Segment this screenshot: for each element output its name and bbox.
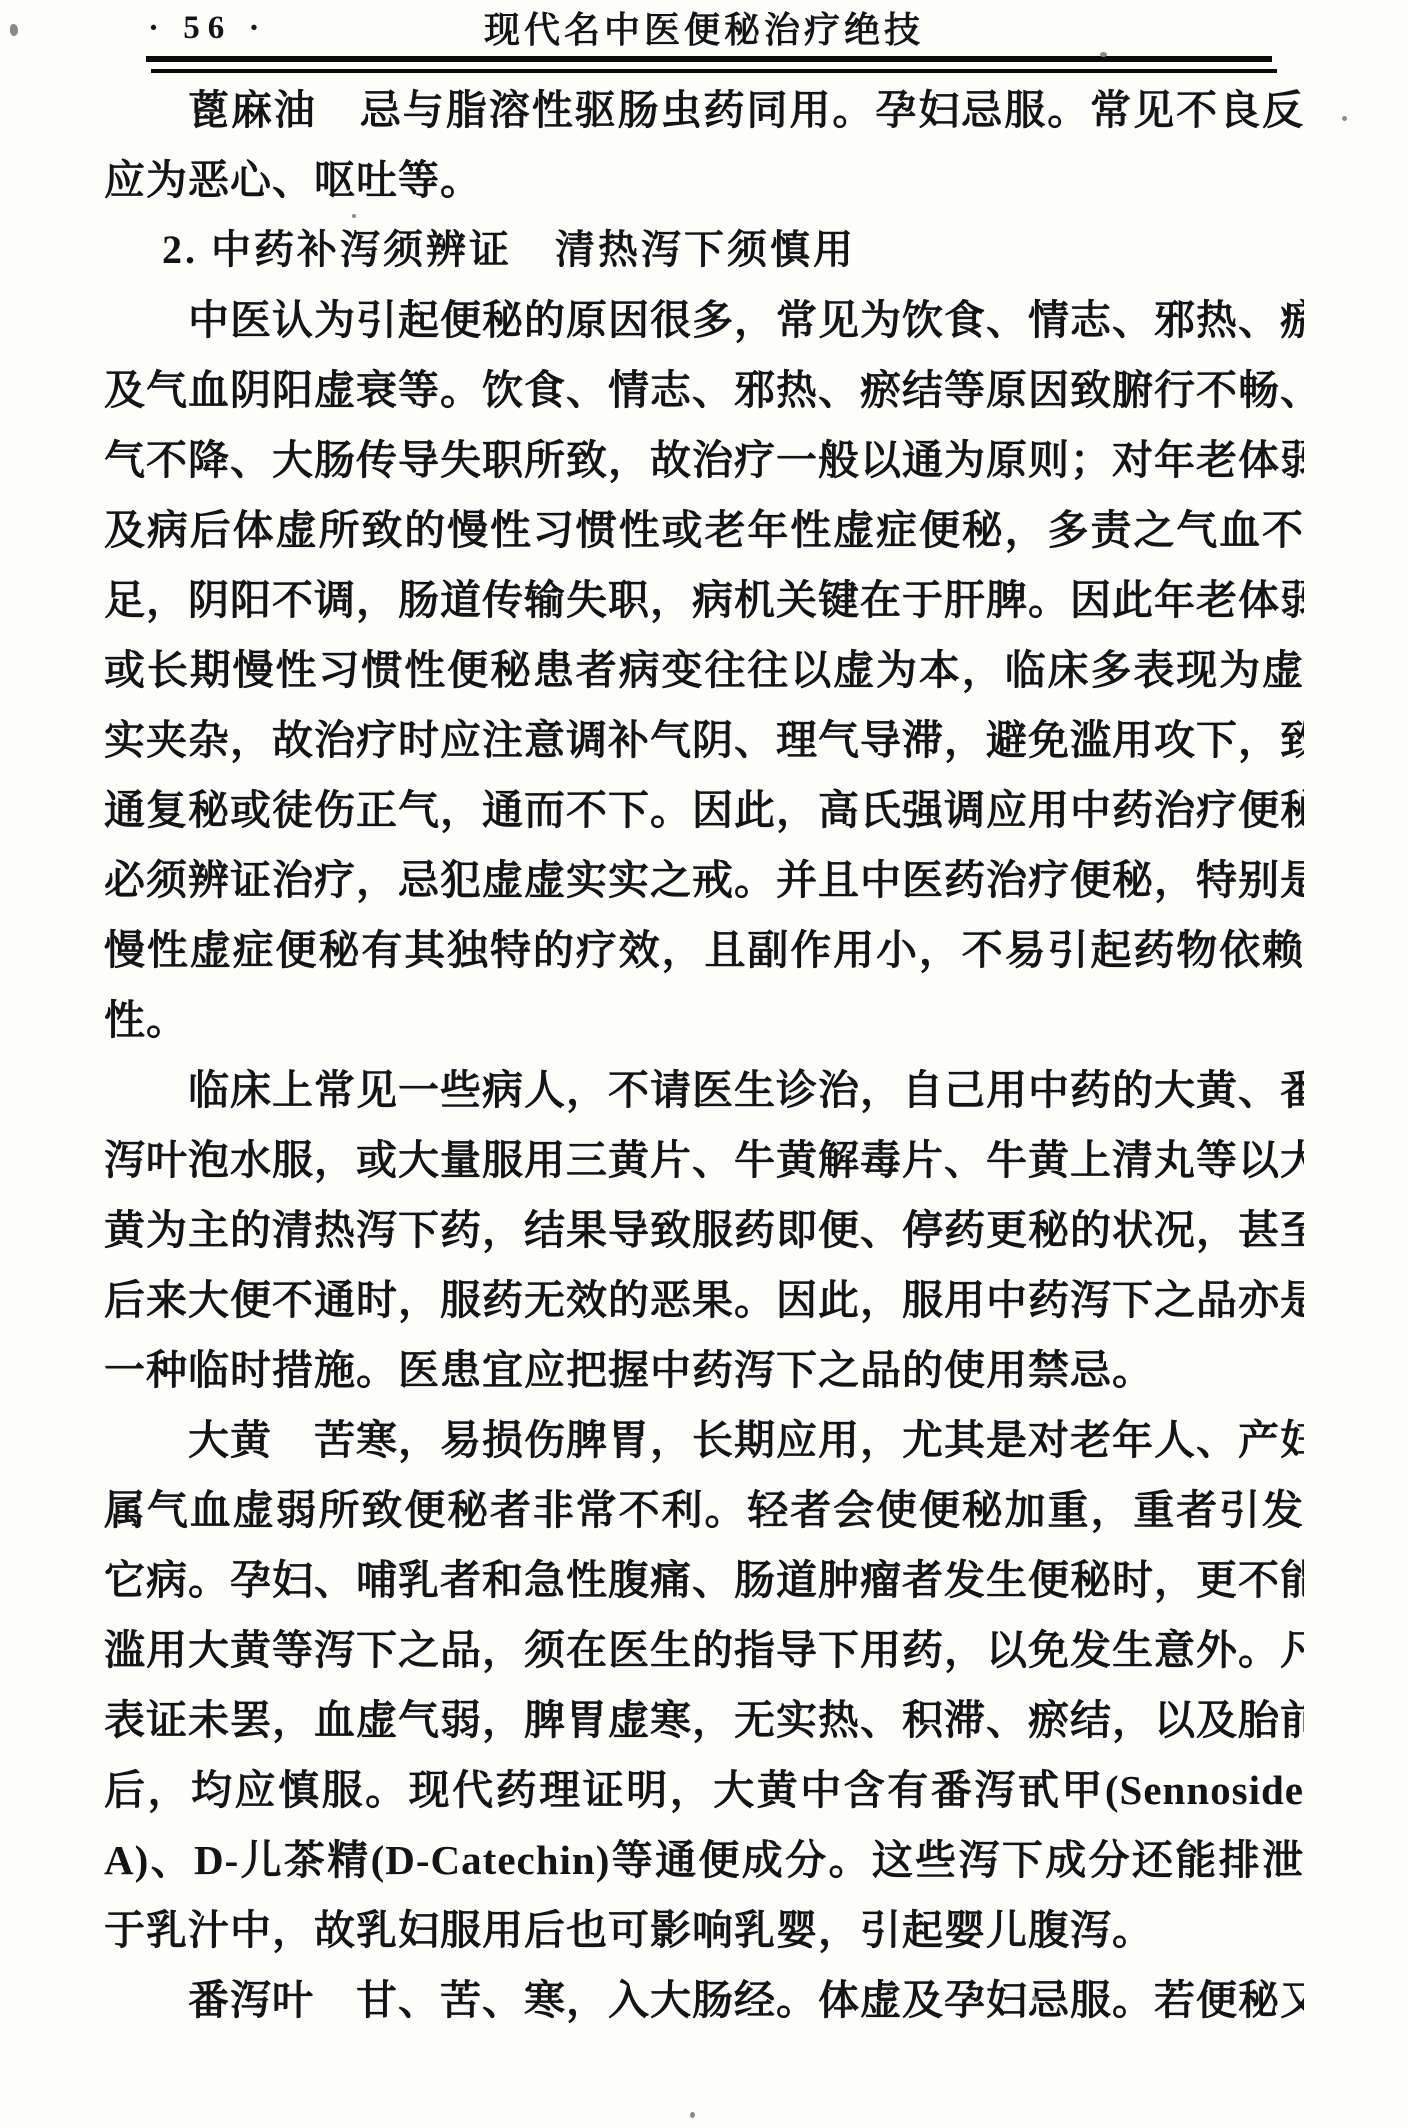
- text-line: 滥用大黄等泻下之品，须在医生的指导下用药，以免发生意外。凡: [104, 1615, 1304, 1685]
- text-line: 大黄 苦寒，易损伤脾胃，长期应用，尤其是对老年人、产妇等: [104, 1405, 1304, 1475]
- scan-speck: [1342, 116, 1347, 121]
- text-line: 后来大便不通时，服药无效的恶果。因此，服用中药泻下之品亦是: [104, 1265, 1304, 1335]
- header-rule: [146, 56, 1272, 73]
- scan-speck: [1032, 1996, 1038, 2001]
- text-block: 蓖麻油 忌与脂溶性驱肠虫药同用。孕妇忌服。常见不良反应为恶心、呕吐等。2. 中药…: [104, 73, 1304, 2035]
- text-line: 泻叶泡水服，或大量服用三黄片、牛黄解毒片、牛黄上清丸等以大: [104, 1125, 1304, 1195]
- text-line: 实夹杂，故治疗时应注意调补气阴、理气导滞，避免滥用攻下，致暂: [104, 705, 1304, 775]
- text-line: 于乳汁中，故乳妇服用后也可影响乳婴，引起婴儿腹泻。: [104, 1895, 1304, 1965]
- text-line: 蓖麻油 忌与脂溶性驱肠虫药同用。孕妇忌服。常见不良反: [104, 75, 1304, 145]
- text-line: 后，均应慎服。现代药理证明，大黄中含有番泻甙甲(Sennoside: [104, 1755, 1304, 1825]
- text-line: 番泻叶 甘、苦、寒，入大肠经。体虚及孕妇忌服。若便秘又: [104, 1965, 1304, 2035]
- page-header: · 56 · 现代名中医便秘治疗绝技: [0, 0, 1408, 52]
- text-line: 它病。孕妇、哺乳者和急性腹痛、肠道肿瘤者发生便秘时，更不能: [104, 1545, 1304, 1615]
- text-line: 足，阴阳不调，肠道传输失职，病机关键在于肝脾。因此年老体弱: [104, 565, 1304, 635]
- book-page: · 56 · 现代名中医便秘治疗绝技 蓖麻油 忌与脂溶性驱肠虫药同用。孕妇忌服。…: [0, 0, 1408, 2128]
- drug-term: 番泻叶: [188, 1977, 314, 2023]
- text-line: A)、D-儿茶精(D-Catechin)等通便成分。这些泻下成分还能排泄: [104, 1825, 1304, 1895]
- text-line: 临床上常见一些病人，不请医生诊治，自己用中药的大黄、番: [104, 1055, 1304, 1125]
- drug-term: 大黄: [188, 1417, 272, 1463]
- page-number: · 56 ·: [148, 10, 268, 47]
- scan-speck: [352, 214, 356, 218]
- text-line: 慢性虚症便秘有其独特的疗效，且副作用小，不易引起药物依赖: [104, 915, 1304, 985]
- scan-speck: [690, 2112, 695, 2118]
- text-line: 性。: [104, 985, 1304, 1055]
- scan-speck: [1100, 52, 1107, 57]
- text-line: 应为恶心、呕吐等。: [104, 145, 1304, 215]
- text-line: 通复秘或徒伤正气，通而不下。因此，高氏强调应用中药治疗便秘: [104, 775, 1304, 845]
- text-line: 一种临时措施。医患宜应把握中药泻下之品的使用禁忌。: [104, 1335, 1304, 1405]
- text-line: 气不降、大肠传导失职所致，故治疗一般以通为原则；对年老体弱: [104, 425, 1304, 495]
- drug-term: 蓖麻油: [188, 87, 317, 133]
- text-line: 或长期慢性习惯性便秘患者病变往往以虚为本，临床多表现为虚: [104, 635, 1304, 705]
- scan-speck: [10, 24, 18, 36]
- header-rule-thin: [151, 69, 1277, 73]
- text-line: 表证未罢，血虚气弱，脾胃虚寒，无实热、积滞、瘀结，以及胎前、产: [104, 1685, 1304, 1755]
- text-line: 黄为主的清热泻下药，结果导致服药即便、停药更秘的状况，甚至: [104, 1195, 1304, 1265]
- section-heading: 2. 中药补泻须辨证 清热泻下须慎用: [104, 215, 1304, 285]
- text-line: 及病后体虚所致的慢性习惯性或老年性虚症便秘，多责之气血不: [104, 495, 1304, 565]
- text-line: 属气血虚弱所致便秘者非常不利。轻者会使便秘加重，重者引发: [104, 1475, 1304, 1545]
- text-line: 中医认为引起便秘的原因很多，常见为饮食、情志、邪热、瘀结: [104, 285, 1304, 355]
- text-line: 及气血阴阳虚衰等。饮食、情志、邪热、瘀结等原因致腑行不畅、浊: [104, 355, 1304, 425]
- text-line: 必须辨证治疗，忌犯虚虚实实之戒。并且中医药治疗便秘，特别是: [104, 845, 1304, 915]
